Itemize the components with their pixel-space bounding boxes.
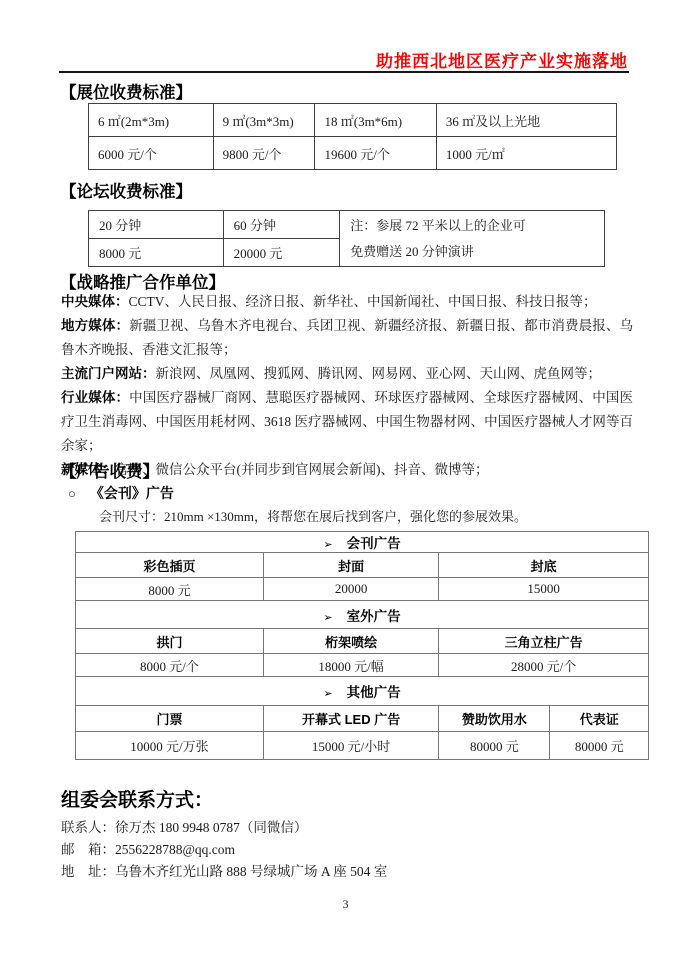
- paragraph-text: 中国医疗器械厂商网、慧聪医疗器械网、环球医疗器械网、全球医疗器械网、中国医疗卫生…: [61, 390, 633, 453]
- contact-section-title: 组委会联系方式：: [61, 785, 213, 812]
- table-cell: 三角立柱广告: [439, 629, 649, 654]
- partners-paragraphs: 中央媒体：CCTV、人民日报、经济日报、新华社、中国新闻社、中国日报、科技日报等…: [61, 290, 633, 482]
- table-cell: 6000 元/个: [89, 137, 214, 170]
- table-row: 20 分钟 60 分钟 注：参展 72 平米以上的企业可 免费赠送 20 分钟演…: [89, 211, 605, 239]
- contact-value: 徐万杰 180 9948 0787（同微信）: [115, 820, 307, 835]
- table-cell: 28000 元/个: [439, 654, 649, 677]
- table-cell: 封底: [439, 553, 649, 578]
- arrow-bullet-icon: ➢: [323, 688, 332, 700]
- table-cell: 拱门: [76, 629, 264, 654]
- contact-person-line: 联系人：徐万杰 180 9948 0787（同微信）: [61, 816, 307, 836]
- forum-fee-table: 20 分钟 60 分钟 注：参展 72 平米以上的企业可 免费赠送 20 分钟演…: [88, 210, 605, 267]
- circle-bullet-icon: ○: [68, 486, 76, 502]
- arrow-bullet-icon: ➢: [323, 612, 332, 624]
- section-title-booth-fees: 【展位收费标准】: [60, 79, 192, 103]
- table-cell: 15000 元/小时: [263, 732, 438, 760]
- table-row: ➢会刊广告: [76, 532, 649, 553]
- table-row: 8000 元 20000 15000: [76, 578, 649, 601]
- table-row: 6 ㎡(2m*3m) 9 ㎡(3m*3m) 18 ㎡(3m*6m) 36 ㎡及以…: [89, 104, 617, 137]
- table-row: 门票 开幕式 LED 广告 赞助饮用水 代表证: [76, 706, 649, 732]
- paragraph-text: CCTV、人民日报、经济日报、新华社、中国新闻社、中国日报、科技日报等；: [129, 294, 597, 309]
- document-page: 助推西北地区医疗产业实施落地 【展位收费标准】 6 ㎡(2m*3m) 9 ㎡(3…: [0, 0, 691, 977]
- table-cell: 开幕式 LED 广告: [263, 706, 438, 732]
- table-row: 8000 元/个 18000 元/幅 28000 元/个: [76, 654, 649, 677]
- table-row: ➢室外广告: [76, 601, 649, 629]
- paragraph-text: 官网、微信公众平台(并同步到官网展会新闻)、抖音、微博等；: [115, 462, 489, 477]
- paragraph-industry-media: 行业媒体：中国医疗器械厂商网、慧聪医疗器械网、环球医疗器械网、全球医疗器械网、中…: [61, 386, 633, 458]
- table-cell: 18000 元/幅: [263, 654, 438, 677]
- forum-note-cell: 注：参展 72 平米以上的企业可 免费赠送 20 分钟演讲: [340, 211, 605, 267]
- table-cell: 20000 元: [223, 239, 340, 267]
- table-cell: 80000 元: [439, 732, 550, 760]
- group-title-cell: ➢其他广告: [76, 677, 649, 706]
- paragraph-text: 新疆卫视、乌鲁木齐电视台、兵团卫视、新疆经济报、新疆日报、都市消费晨报、乌鲁木齐…: [61, 318, 633, 357]
- table-cell: 封面: [263, 553, 438, 578]
- table-cell: 6 ㎡(2m*3m): [89, 104, 214, 137]
- contact-label: 地 址：: [61, 864, 115, 879]
- table-row: 拱门 桁架喷绘 三角立柱广告: [76, 629, 649, 654]
- contact-value: 乌鲁木齐红光山路 888 号绿城广场 A 座 504 室: [115, 864, 387, 879]
- table-cell: 10000 元/万张: [76, 732, 264, 760]
- table-cell: 19600 元/个: [315, 137, 436, 170]
- contact-label: 邮 箱：: [61, 842, 115, 857]
- table-cell: 80000 元: [550, 732, 649, 760]
- paragraph-text: 新浪网、凤凰网、搜狐网、腾讯网、网易网、亚心网、天山网、虎鱼网等；: [156, 366, 602, 381]
- group-title: 室外广告: [347, 609, 401, 624]
- paragraph-local-media: 地方媒体：新疆卫视、乌鲁木齐电视台、兵团卫视、新疆经济报、新疆日报、都市消费晨报…: [61, 314, 633, 362]
- booth-fee-table: 6 ㎡(2m*3m) 9 ㎡(3m*3m) 18 ㎡(3m*6m) 36 ㎡及以…: [88, 103, 617, 170]
- forum-note-line2: 免费赠送 20 分钟演讲: [350, 239, 602, 265]
- page-number: 3: [0, 897, 691, 912]
- table-row: ➢其他广告: [76, 677, 649, 706]
- table-cell: 20 分钟: [89, 211, 224, 239]
- table-cell: 彩色插页: [76, 553, 264, 578]
- section-title-ads: 【广告收费】: [60, 458, 159, 482]
- paragraph-label: 行业媒体：: [61, 390, 129, 405]
- table-cell: 8000 元: [76, 578, 264, 601]
- table-row: 6000 元/个 9800 元/个 19600 元/个 1000 元/㎡: [89, 137, 617, 170]
- contact-email-line: 邮 箱：2556228788@qq.com: [61, 838, 235, 858]
- table-cell: 18 ㎡(3m*6m): [315, 104, 436, 137]
- table-row: 彩色插页 封面 封底: [76, 553, 649, 578]
- table-cell: 9800 元/个: [213, 137, 315, 170]
- group-title-cell: ➢室外广告: [76, 601, 649, 629]
- paragraph-label: 地方媒体：: [61, 318, 129, 333]
- table-cell: 门票: [76, 706, 264, 732]
- arrow-bullet-icon: ➢: [323, 539, 332, 551]
- table-cell: 36 ㎡及以上光地: [436, 104, 616, 137]
- forum-note-line1: 注：参展 72 平米以上的企业可: [350, 213, 602, 239]
- table-cell: 代表证: [550, 706, 649, 732]
- ads-bullet-label: 《会刊》广告: [90, 485, 174, 501]
- group-title-cell: ➢会刊广告: [76, 532, 649, 553]
- header-rule: [59, 71, 629, 73]
- paragraph-portal-sites: 主流门户网站：新浪网、凤凰网、搜狐网、腾讯网、网易网、亚心网、天山网、虎鱼网等；: [61, 362, 633, 386]
- table-cell: 赞助饮用水: [439, 706, 550, 732]
- paragraph-label: 主流门户网站：: [61, 366, 156, 381]
- contact-value: 2556228788@qq.com: [115, 842, 235, 857]
- table-cell: 15000: [439, 578, 649, 601]
- table-cell: 8000 元/个: [76, 654, 264, 677]
- ads-size-note: 会刊尺寸：210mm ×130mm，将帮您在展后找到客户，强化您的参展效果。: [99, 506, 527, 525]
- section-title-forum-fees: 【论坛收费标准】: [60, 178, 192, 202]
- table-cell: 8000 元: [89, 239, 224, 267]
- paragraph-label: 中央媒体：: [61, 294, 129, 309]
- header-slogan: 助推西北地区医疗产业实施落地: [376, 47, 628, 72]
- table-cell: 1000 元/㎡: [436, 137, 616, 170]
- ads-price-table: ➢会刊广告 彩色插页 封面 封底 8000 元 20000 15000 ➢室外广…: [75, 531, 649, 760]
- table-cell: 60 分钟: [223, 211, 340, 239]
- table-row: 10000 元/万张 15000 元/小时 80000 元 80000 元: [76, 732, 649, 760]
- contact-label: 联系人：: [61, 820, 115, 835]
- group-title: 其他广告: [347, 685, 401, 700]
- paragraph-central-media: 中央媒体：CCTV、人民日报、经济日报、新华社、中国新闻社、中国日报、科技日报等…: [61, 290, 633, 314]
- table-cell: 20000: [263, 578, 438, 601]
- table-cell: 桁架喷绘: [263, 629, 438, 654]
- group-title: 会刊广告: [347, 536, 401, 551]
- table-cell: 9 ㎡(3m*3m): [213, 104, 315, 137]
- contact-address-line: 地 址：乌鲁木齐红光山路 888 号绿城广场 A 座 504 室: [61, 860, 387, 880]
- ads-bullet-line: ○《会刊》广告: [68, 483, 174, 503]
